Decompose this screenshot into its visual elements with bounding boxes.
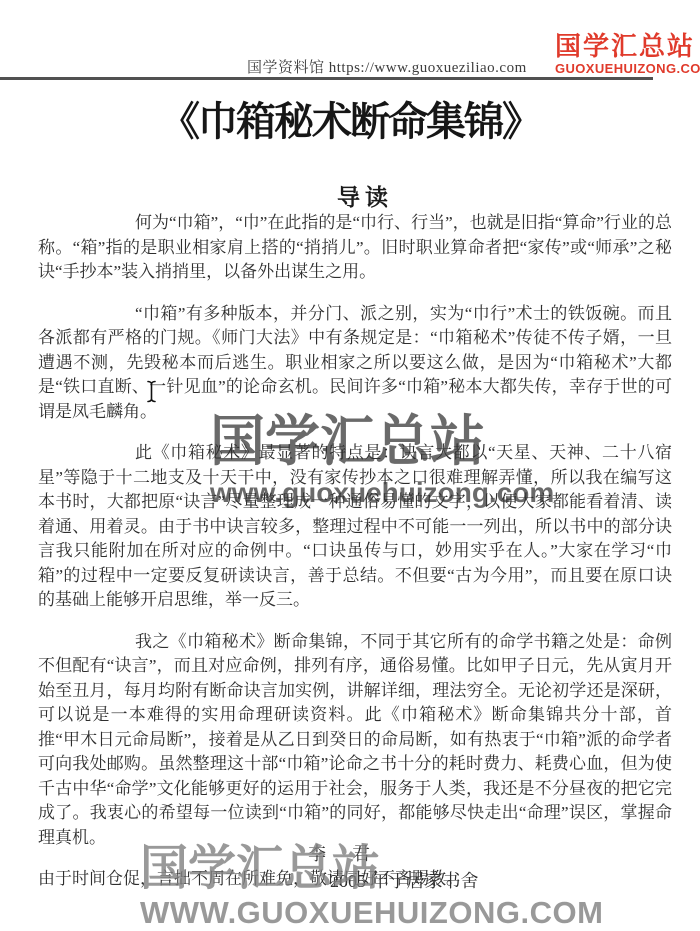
- paragraph: 我之《巾箱秘术》断命集锦，不同于其它所有的命学书籍之处是：命例不但配有“诀言”，…: [38, 630, 672, 851]
- paragraph: 何为“巾箱”，“巾”在此指的是“巾行、行当”，也就是旧指“算命”行业的总称。“箱…: [38, 211, 672, 285]
- signature-author: 李 君: [308, 840, 374, 866]
- scanned-document-page: 国学资料馆 https://www.guoxueziliao.com 国学汇总站…: [0, 0, 700, 931]
- header-divider: [0, 77, 653, 80]
- site-logo-domain: GUOXUEHUIZONG.COM: [555, 62, 700, 75]
- signature-date: 2005 年于居家书舍: [330, 867, 479, 893]
- section-heading: 导读: [30, 179, 700, 212]
- paragraph: 此《巾箱秘术》最显著的特点是：诀言大都以“天星、天神、二十八宿星”等隐于十二地支…: [38, 441, 672, 613]
- document-body: 何为“巾箱”，“巾”在此指的是“巾行、行当”，也就是旧指“算命”行业的总称。“箱…: [38, 211, 672, 909]
- site-logo-name: 国学汇总站: [555, 33, 700, 59]
- header-source-text: 国学资料馆 https://www.guoxueziliao.com: [247, 56, 527, 77]
- text-cursor-icon: [145, 380, 158, 408]
- paragraph: “巾箱”有多种版本，并分门、派之别，实为“巾行”术士的铁饭碗。而且各派都有严格的…: [38, 302, 672, 425]
- site-logo: 国学汇总站 GUOXUEHUIZONG.COM: [555, 33, 700, 75]
- document-title: 《巾箱秘术断命集锦》: [0, 90, 700, 147]
